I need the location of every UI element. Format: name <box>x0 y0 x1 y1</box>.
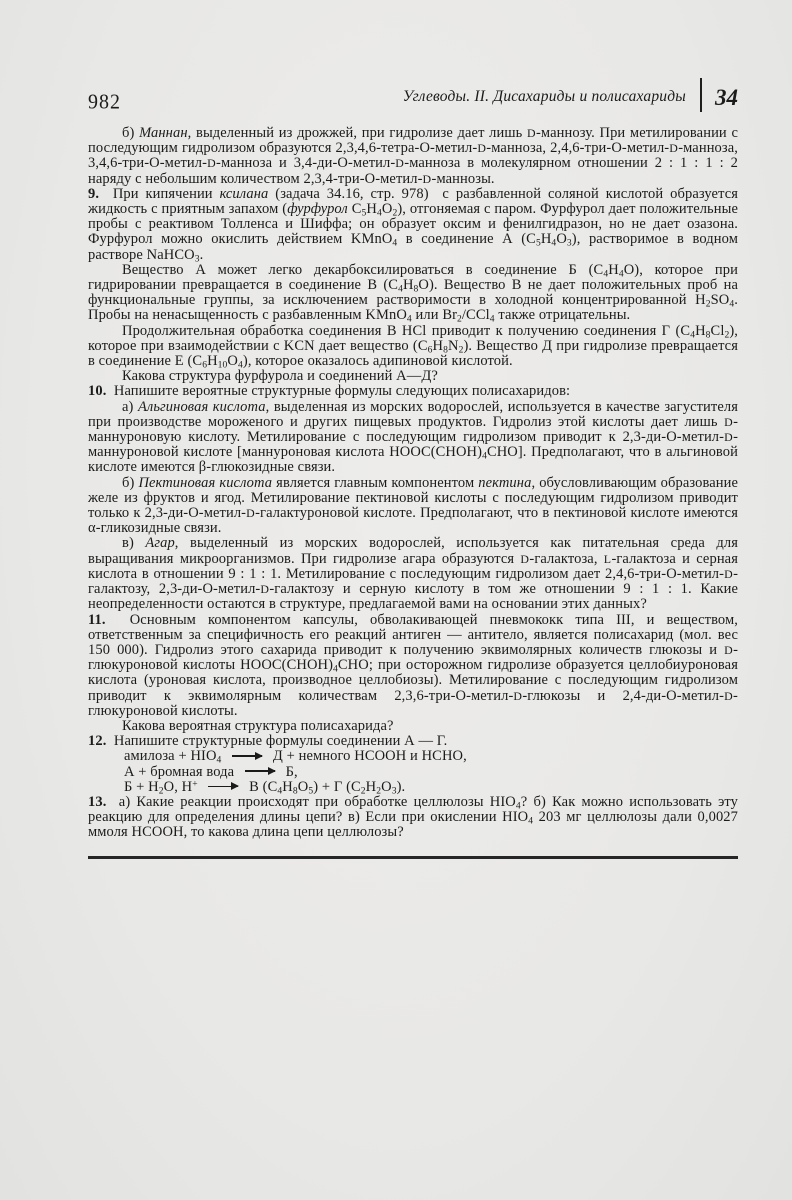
header-divider <box>700 78 702 112</box>
paragraph: Б + H2O, H+ В (C4H8O5) + Г (C2H2O3). <box>124 780 738 795</box>
paragraph: Какова структура фурфурола и соединений … <box>88 369 738 384</box>
paragraph: 11. Основным компонентом капсулы, обвола… <box>88 613 738 719</box>
paragraph: б) Пектиновая кислота является главным к… <box>88 476 738 537</box>
running-title: Углеводы. II. Дисахариды и полисахариды <box>403 89 686 107</box>
page-header: 982 Углеводы. II. Дисахариды и полисахар… <box>88 84 738 112</box>
paragraph: в) Агар, выделенный из морских водоросле… <box>88 536 738 612</box>
footer-rule <box>88 856 738 859</box>
chapter-number: 34 <box>715 86 738 111</box>
problems-text: б) Маннан, выделенный из дрожжей, при ги… <box>88 126 738 859</box>
scanned-page: 982 Углеводы. II. Дисахариды и полисахар… <box>0 0 792 1200</box>
paragraph: 9. При кипячении ксилана (задача 34.16, … <box>88 187 738 263</box>
paragraph: а) Альгиновая кислота, выделенная из мор… <box>88 400 738 476</box>
paragraph: Вещество А может легко декарбоксилироват… <box>88 263 738 324</box>
paragraph: 12. Напишите структурные формулы соедине… <box>88 734 738 749</box>
paragraph: Какова вероятная структура полисахарида? <box>88 719 738 734</box>
running-head-right: Углеводы. II. Дисахариды и полисахариды … <box>403 84 738 112</box>
paragraph: А + бромная вода Б, <box>124 765 738 780</box>
paragraph: 13. а) Какие реакции происходят при обра… <box>88 795 738 841</box>
paragraph: Продолжительная обработка соединения В H… <box>88 324 738 370</box>
paragraph: 10. Напишите вероятные структурные форму… <box>88 384 738 399</box>
page-number: 982 <box>88 92 121 113</box>
paragraph: б) Маннан, выделенный из дрожжей, при ги… <box>88 126 738 187</box>
paragraph: амилоза + HIO4 Д + немного HCOOH и HCHO, <box>124 749 738 764</box>
